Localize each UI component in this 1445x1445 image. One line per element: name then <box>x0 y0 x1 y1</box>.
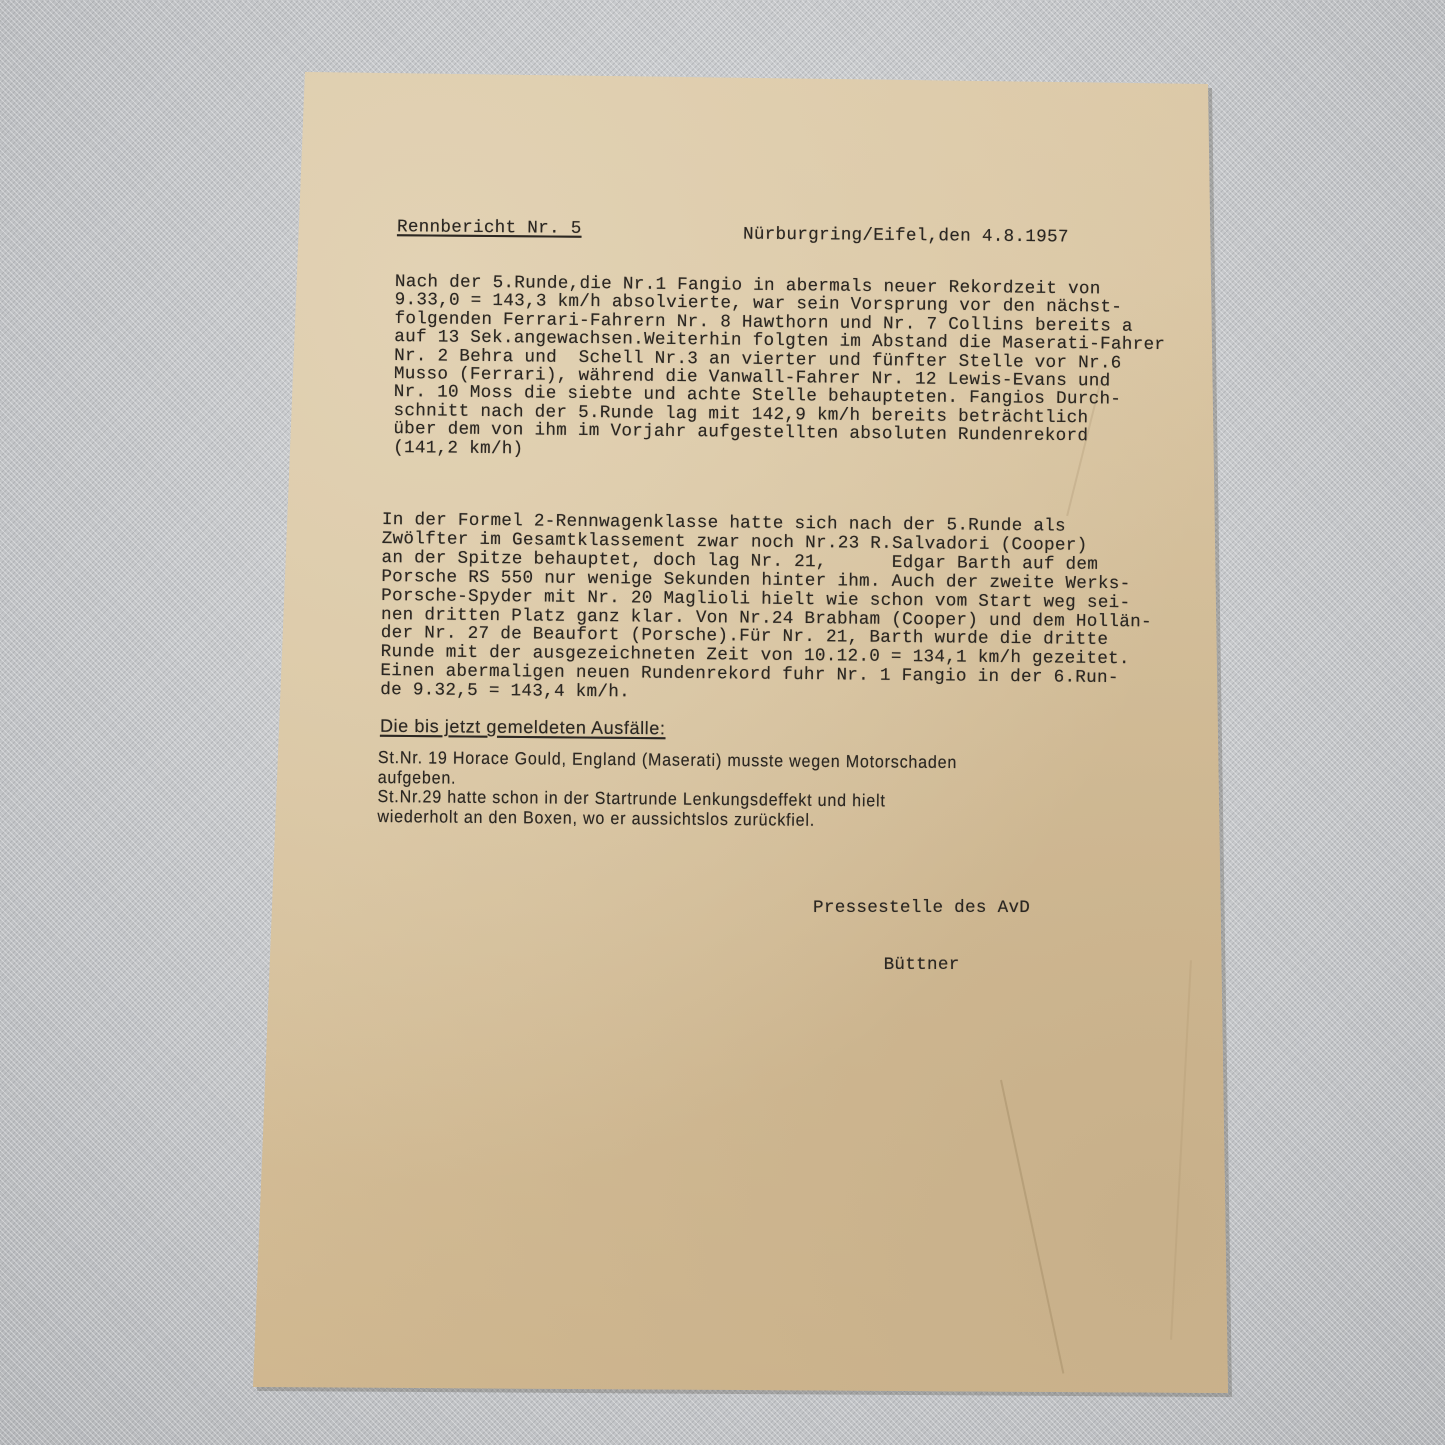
retirements-list: St.Nr. 19 Horace Gould, England (Maserat… <box>377 748 957 831</box>
paragraph-formula1: Nach der 5.Runde,die Nr.1 Fangio in aber… <box>393 273 1166 465</box>
place-date: Nürburgring/Eifel,den 4.8.1957 <box>743 226 1069 247</box>
signature-block: Pressestelle des AvD Büttner <box>813 861 1030 994</box>
retirements-heading: Die bis jetzt gemeldeten Ausfälle: <box>380 717 666 738</box>
signature-name: Büttner <box>813 956 1030 975</box>
report-title: Rennbericht Nr. 5 <box>397 218 582 238</box>
paragraph-formula2: In der Formel 2-Rennwagenklasse hatte si… <box>380 511 1153 707</box>
signature-office: Pressestelle des AvD <box>813 899 1030 918</box>
